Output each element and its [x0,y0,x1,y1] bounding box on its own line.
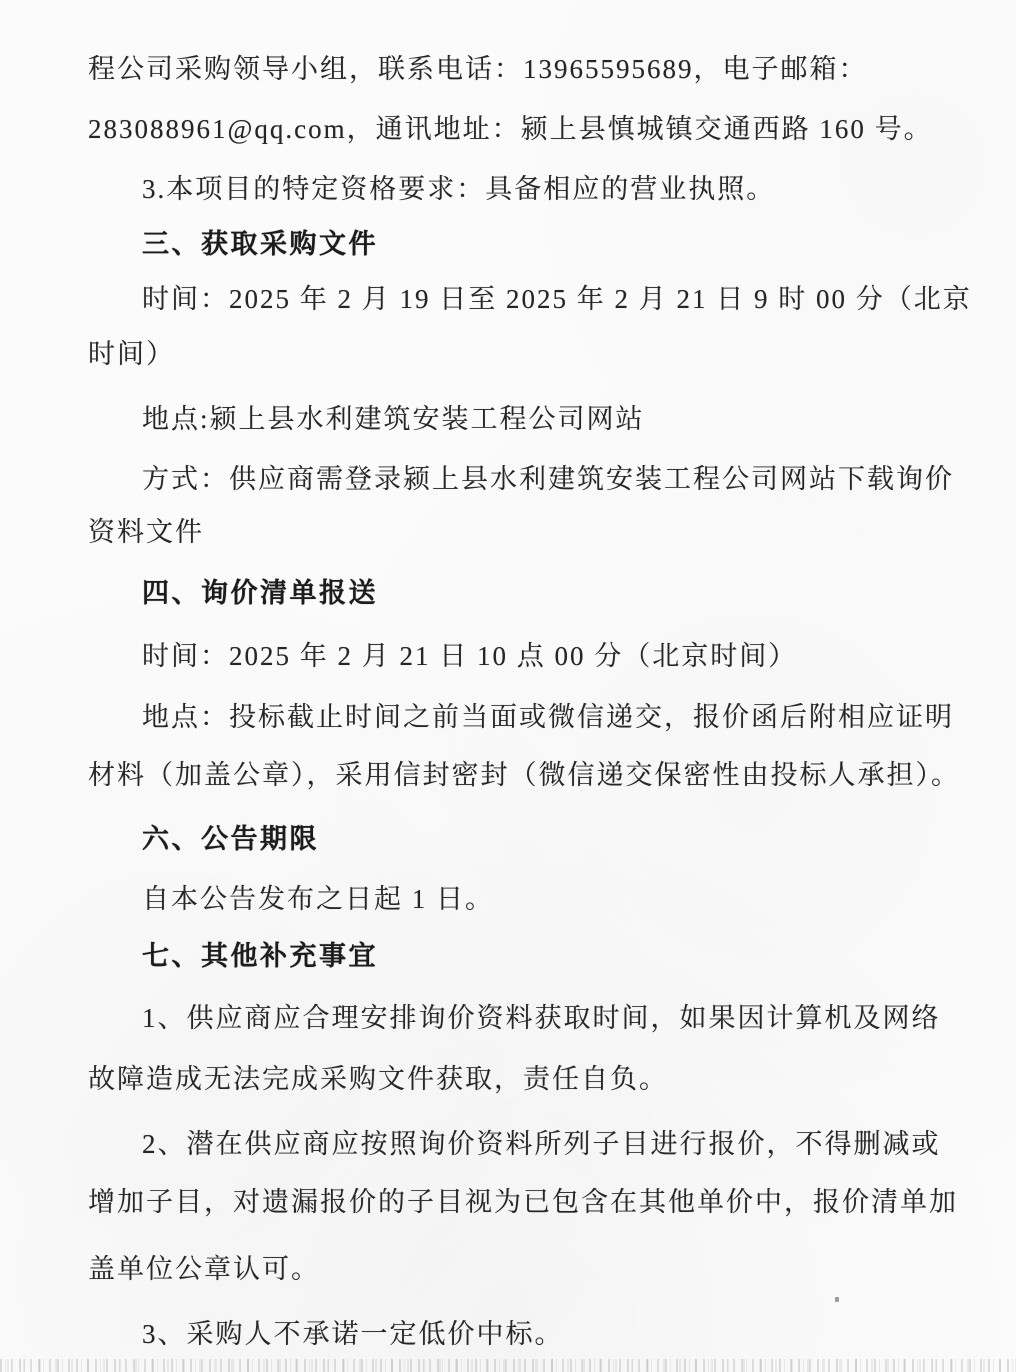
qualification-requirement: 3.本项目的特定资格要求：具备相应的营业执照。 [142,172,775,206]
submission-location-line-1: 地点：投标截止时间之前当面或微信递交，报价函后附相应证明 [142,700,954,734]
supplementary-item-1-line-2: 故障造成无法完成采购文件获取，责任自负。 [88,1062,668,1096]
obtain-time-line-1: 时间：2025 年 2 月 19 日至 2025 年 2 月 21 日 9 时 … [142,282,972,316]
submission-location-line-2: 材料（加盖公章），采用信封密封（微信递交保密性由投标人承担）。 [88,758,960,792]
supplementary-item-1-line-1: 1、供应商应合理安排询价资料获取时间，如果因计算机及网络 [142,1001,941,1035]
heading-announcement-period: 六、公告期限 [142,822,319,856]
scan-edge-artifact [0,1359,1016,1372]
supplementary-item-2-line-1: 2、潜在供应商应按照询价资料所列子目进行报价，不得删减或 [142,1127,941,1161]
obtain-time-line-2: 时间） [88,337,175,371]
submission-time: 时间：2025 年 2 月 21 日 10 点 00 分（北京时间） [142,639,797,673]
contact-info-line-1: 程公司采购领导小组，联系电话：13965595689，电子邮箱： [88,52,868,86]
obtain-method-line-1: 方式：供应商需登录颍上县水利建筑安装工程公司网站下载询价 [142,462,954,496]
supplementary-item-2-line-3: 盖单位公章认可。 [88,1252,320,1286]
scanned-document-page: 程公司采购领导小组，联系电话：13965595689，电子邮箱： 2830889… [0,0,1016,1372]
heading-supplementary-matters: 七、其他补充事宜 [142,939,378,973]
contact-info-line-2: 283088961@qq.com，通讯地址：颍上县慎城镇交通西路 160 号。 [88,112,933,146]
supplementary-item-2-line-2: 增加子目，对遗漏报价的子目视为已包含在其他单价中，报价清单加 [88,1185,958,1219]
announcement-period-text: 自本公告发布之日起 1 日。 [142,882,494,916]
obtain-method-line-2: 资料文件 [88,515,204,549]
obtain-location: 地点:颍上县水利建筑安装工程公司网站 [142,402,645,436]
heading-obtain-documents: 三、获取采购文件 [142,227,378,261]
supplementary-item-3: 3、采购人不承诺一定低价中标。 [142,1317,564,1351]
scan-speck-artifact [835,1297,839,1302]
heading-quotation-submission: 四、询价清单报送 [142,576,378,610]
